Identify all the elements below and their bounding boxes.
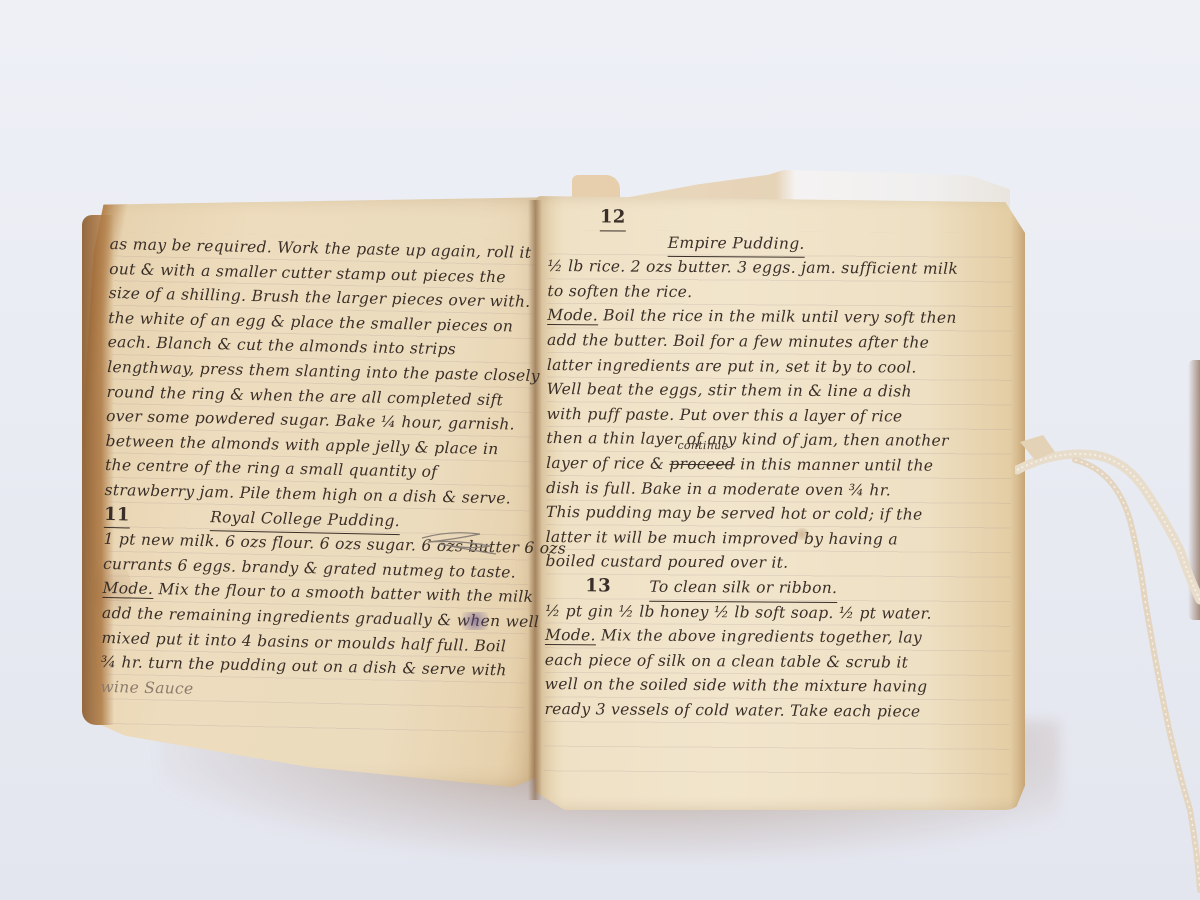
text-line: latter ingredients are put in, set it by… <box>547 353 958 380</box>
text-line: add the butter. Boil for a few minutes a… <box>547 328 958 355</box>
text-line: Mix the above ingredients together, lay <box>601 626 922 646</box>
text-line: then a thin layer of any kind of jam, th… <box>546 426 957 453</box>
recipe-number: 13 <box>585 574 611 599</box>
text-line: with puff paste. Put over this a layer o… <box>546 402 957 429</box>
ink-blot <box>462 612 488 630</box>
mode-label: Mode. <box>547 306 598 325</box>
photo-scene: as may be required. Work the paste up ag… <box>0 0 1200 900</box>
correction-line: layer of rice & continue proceed in this… <box>546 451 957 478</box>
recipe-number: 11 <box>104 502 130 528</box>
text-line: to soften the rice. <box>547 279 958 306</box>
recipe-12-number-line: 12 <box>548 205 959 232</box>
mode-label: Mode. <box>102 579 153 599</box>
right-page-text: 12 Empire Pudding. ½ lb rice. 2 ozs butt… <box>544 205 958 724</box>
mode-line: Mode. Boil the rice in the milk until ve… <box>547 303 958 330</box>
text-line: Well beat the eggs, stir them in & line … <box>547 377 958 404</box>
text-line: each piece of silk on a clean table & sc… <box>545 648 956 675</box>
recipe-number: 12 <box>600 205 626 231</box>
inserted-word: continue <box>677 440 728 452</box>
text-line: Boil the rice in the milk until very sof… <box>603 307 957 327</box>
text-line: well on the soiled side with the mixture… <box>545 672 956 699</box>
mode-line: Mode. Mix the above ingredients together… <box>545 623 956 650</box>
recipe-title: To clean silk or ribbon. <box>649 575 837 603</box>
text-line: ½ lb rice. 2 ozs butter. 3 eggs. jam. su… <box>547 254 958 281</box>
text-line: ready 3 vessels of cold water. Take each… <box>544 697 955 724</box>
left-page-text: as may be required. Work the paste up ag… <box>100 232 572 709</box>
text-line: latter it will be much improved by havin… <box>546 525 957 552</box>
torn-page-tab <box>572 175 620 197</box>
text-line: This pudding may be served hot or cold; … <box>546 500 957 527</box>
pencil-scribble <box>420 528 500 558</box>
ribbon-bookmark <box>1015 430 1200 900</box>
struck-word: proceed <box>669 455 735 473</box>
recipe-title: Empire Pudding. <box>668 230 805 258</box>
text-fragment: layer of rice & <box>546 454 664 473</box>
handwritten-correction: continue proceed <box>669 452 735 477</box>
recipe-13-heading: 13 To clean silk or ribbon. <box>545 574 956 601</box>
text-line: dish is full. Bake in a moderate oven ¾ … <box>546 476 957 503</box>
text-line: boiled custard poured over it. <box>545 549 956 576</box>
recipe-12-title-line: Empire Pudding. <box>548 230 959 257</box>
mode-label: Mode. <box>545 626 596 645</box>
text-fragment: in this manner until the <box>740 455 933 474</box>
text-line: ½ pt gin ½ lb honey ½ lb soft soap. ½ pt… <box>545 598 956 625</box>
